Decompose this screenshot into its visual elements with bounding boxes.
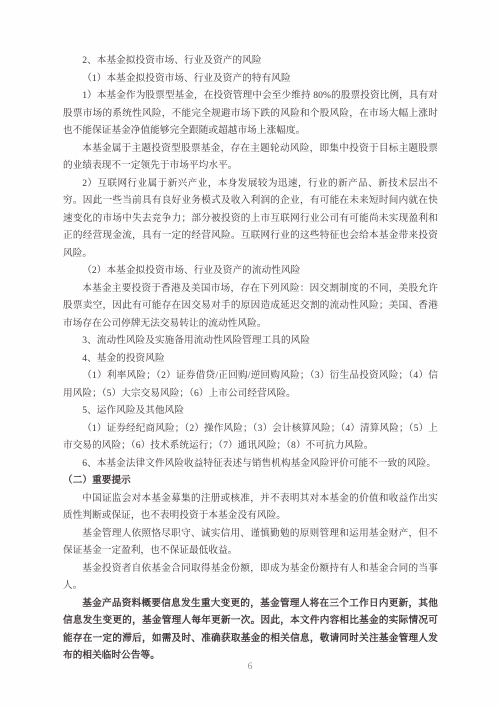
- paragraph: （1）本基金拟投资市场、行业及资产的特有风险: [63, 70, 438, 88]
- paragraph: （二）重要提示: [63, 472, 438, 490]
- paragraph: 本基金主要投资于香港及美国市场，存在下列风险：因交割制度的不同，美股允许股票卖空…: [63, 280, 438, 333]
- paragraph: 2）互联网行业属于新兴产业，本身发展较为迅速，行业的新产品、新技术层出不穷。因此…: [63, 175, 438, 263]
- paragraph: （2）本基金拟投资市场、行业及资产的流动性风险: [63, 262, 438, 280]
- paragraph: 1）本基金作为股票型基金，在投资管理中会至少维持 80%的股票投资比例，具有对股…: [63, 87, 438, 140]
- paragraph: （1）证券经纪商风险；（2）操作风险；（3）会计核算风险；（4）清算风险；（5）…: [63, 420, 438, 455]
- page-number: 6: [0, 662, 500, 672]
- paragraph: 2、本基金拟投资市场、行业及资产的风险: [63, 52, 438, 70]
- paragraph: 基金投资者自依基金合同取得基金份额，即成为基金份额持有人和基金合同的当事人。: [63, 560, 438, 595]
- paragraph: （1）利率风险；（2）证券借贷/正回购/逆回购风险；（3）衍生品投资风险；（4）…: [63, 367, 438, 402]
- paragraph: 6、本基金法律文件风险收益特征表述与销售机构基金风险评价可能不一致的风险。: [63, 455, 438, 473]
- paragraph: 4、基金的投资风险: [63, 350, 438, 368]
- paragraph: 3、流动性风险及实施备用流动性风险管理工具的风险: [63, 332, 438, 350]
- paragraph: 基金管理人依照恪尽职守、诚实信用、谨慎勤勉的原则管理和运用基金财产，但不保证基金…: [63, 525, 438, 560]
- document-page: 2、本基金拟投资市场、行业及资产的风险（1）本基金拟投资市场、行业及资产的特有风…: [0, 0, 500, 707]
- paragraph: 本基金属于主题投资型股票基金，存在主题轮动风险，即集中投资于目标主题股票的业绩表…: [63, 140, 438, 175]
- document-body: 2、本基金拟投资市场、行业及资产的风险（1）本基金拟投资市场、行业及资产的特有风…: [63, 52, 438, 665]
- paragraph: 基金产品资料概要信息发生重大变更的，基金管理人将在三个工作日内更新，其他信息发生…: [63, 595, 438, 665]
- paragraph: 中国证监会对本基金募集的注册或核准，并不表明其对本基金的价值和收益作出实质性判断…: [63, 490, 438, 525]
- paragraph: 5、运作风险及其他风险: [63, 402, 438, 420]
